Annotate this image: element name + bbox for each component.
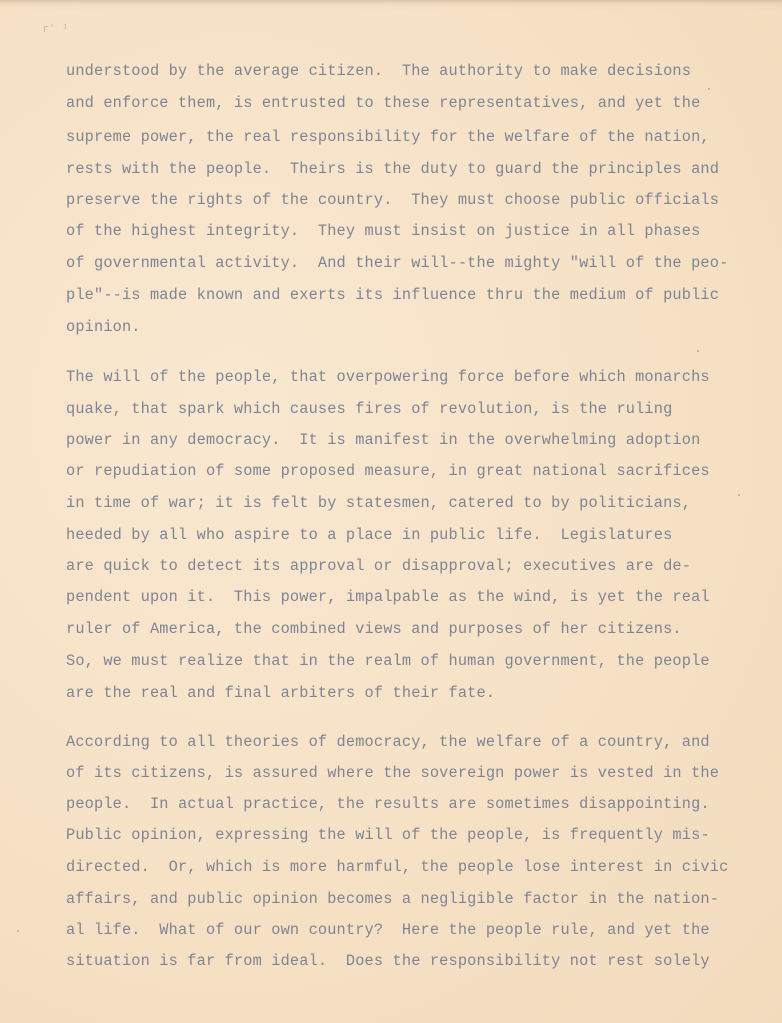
paper-speck — [70, 568, 72, 570]
text-line: opinion. — [66, 318, 141, 336]
text-line: are quick to detect its approval or disa… — [66, 557, 691, 575]
paper-speck — [697, 350, 699, 352]
text-line: of the highest integrity. They must insi… — [66, 222, 700, 240]
text-line: and enforce them, is entrusted to these … — [66, 94, 700, 112]
text-line: rests with the people. Theirs is the dut… — [66, 160, 719, 178]
text-line: So, we must realize that in the realm of… — [66, 652, 710, 670]
text-line: preserve the rights of the country. They… — [66, 191, 719, 209]
text-line: affairs, and public opinion becomes a ne… — [66, 890, 719, 908]
text-line: According to all theories of democracy, … — [66, 733, 710, 751]
text-line: supreme power, the real responsibility f… — [66, 128, 710, 146]
text-line: al life. What of our own country? Here t… — [66, 921, 710, 939]
paper-speck — [708, 88, 710, 90]
text-line: situation is far from ideal. Does the re… — [66, 952, 710, 970]
paper-speck — [738, 494, 740, 496]
text-line: of its citizens, is assured where the so… — [66, 764, 719, 782]
text-line: ple"--is made known and exerts its influ… — [66, 286, 719, 304]
text-line: power in any democracy. It is manifest i… — [66, 431, 700, 449]
text-line: or repudiation of some proposed measure,… — [66, 462, 710, 480]
text-line: understood by the average citizen. The a… — [66, 62, 691, 80]
text-line: people. In actual practice, the results … — [66, 795, 710, 813]
text-line: of governmental activity. And their will… — [66, 254, 728, 272]
text-line: are the real and final arbiters of their… — [66, 684, 495, 702]
text-line: heeded by all who aspire to a place in p… — [66, 526, 672, 544]
text-line: ruler of America, the combined views and… — [66, 620, 682, 638]
text-line: Public opinion, expressing the will of t… — [66, 826, 710, 844]
text-line: directed. Or, which is more harmful, the… — [66, 858, 728, 876]
text-line: in time of war; it is felt by statesmen,… — [66, 494, 691, 512]
corner-pencil-mark: r' ¹ — [42, 22, 69, 35]
text-line: The will of the people, that overpowerin… — [66, 368, 710, 386]
text-line: quake, that spark which causes fires of … — [66, 400, 672, 418]
typewritten-page: r' ¹ understood by the average citizen. … — [0, 0, 782, 1023]
paper-speck — [17, 930, 19, 932]
text-line: pendent upon it. This power, impalpable … — [66, 588, 710, 606]
